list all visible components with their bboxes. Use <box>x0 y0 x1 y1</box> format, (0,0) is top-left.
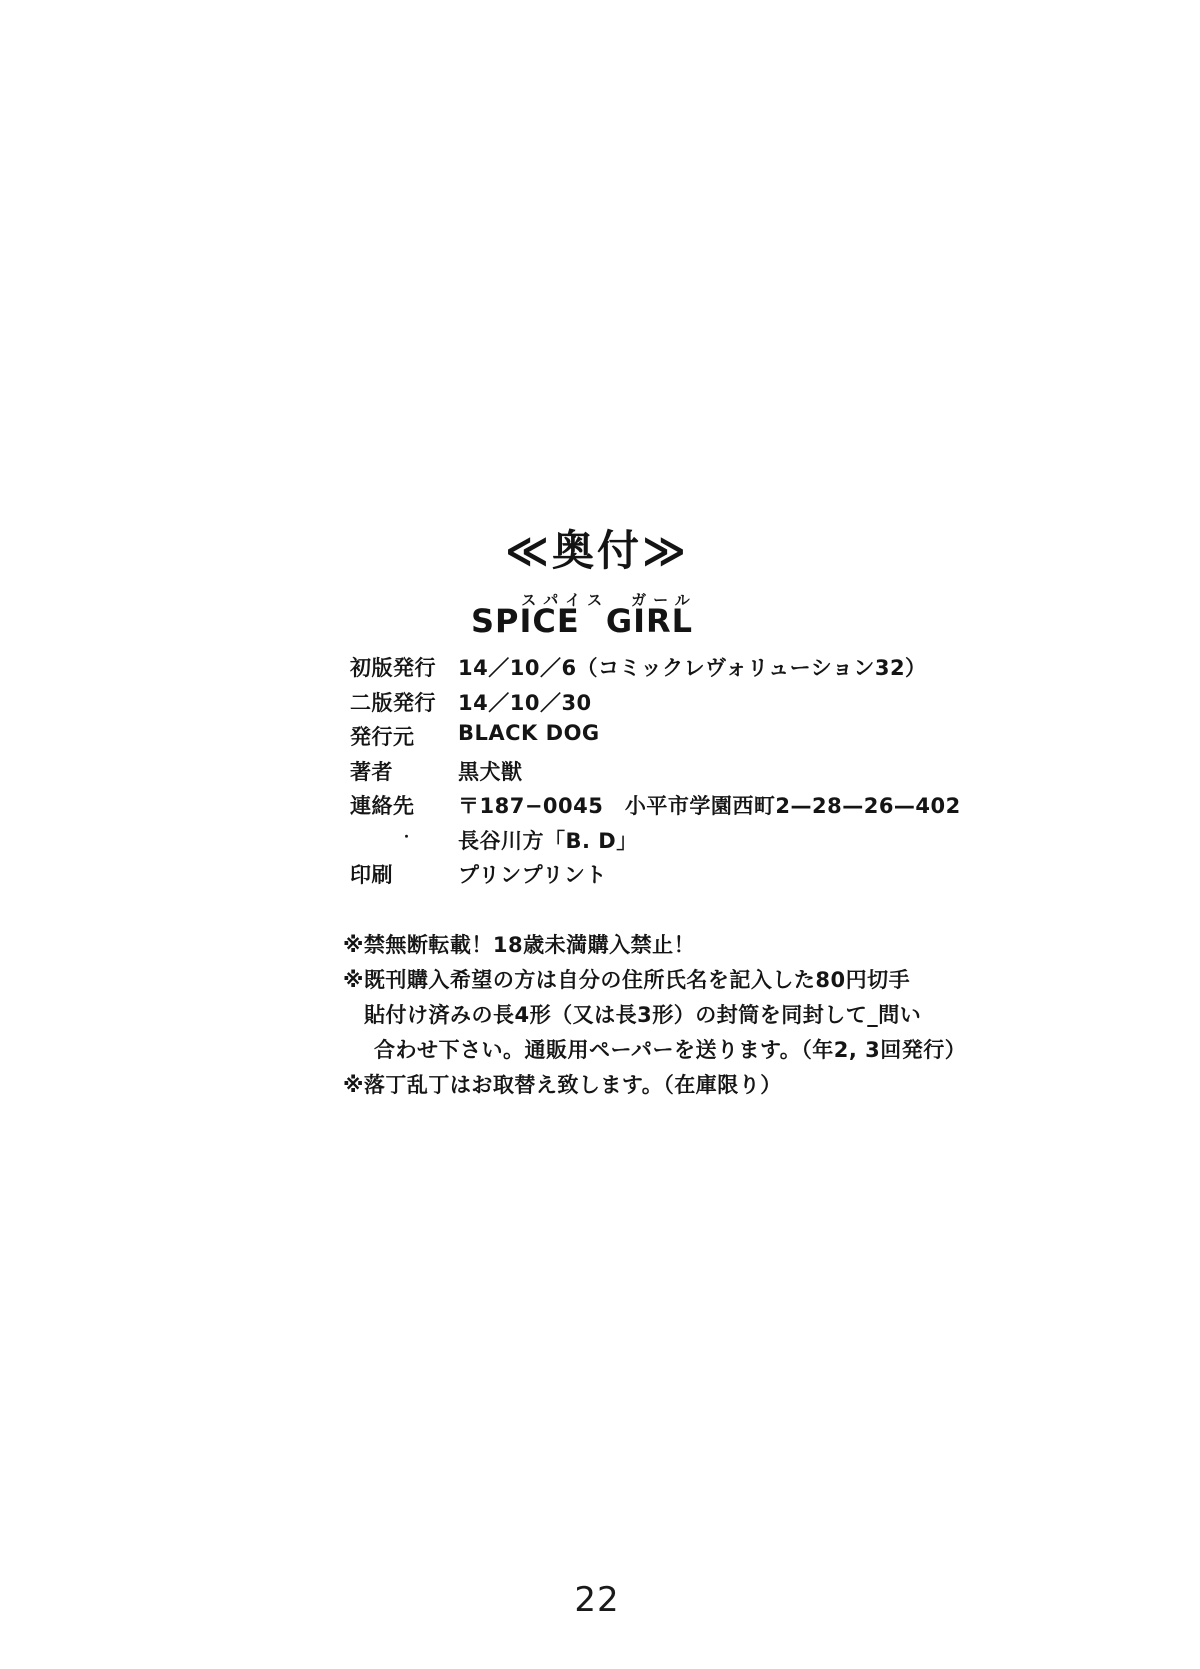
note-back-issues-line3: 合わせ下さい。通販用ペーパーを送ります。（年2, 3回発行） <box>374 1033 983 1068</box>
colophon-row-value: 〒187−0045 小平市学園西町2—28—26—402 <box>458 790 970 820</box>
colophon-page: ≪奥付≫ スパイス ガール SPICE GIRL 初版発行 14／10／6（コミ… <box>0 0 1200 1669</box>
page-number: 22 <box>0 1580 1194 1620</box>
colophon-row-label: 印刷 <box>350 859 458 889</box>
colophon-row-contact: 連絡先 〒187−0045 小平市学園西町2—28—26—402 <box>350 790 970 825</box>
colophon-row-label: 連絡先 <box>350 790 458 820</box>
colophon-row-value: 14／10／6（コミックレヴォリューション32） <box>458 652 970 682</box>
colophon-row-label: 著者 <box>350 756 458 786</box>
colophon-row-contact-line2: ・ 長谷川方「B. D」 <box>350 825 970 860</box>
colophon-row-second-printing: 二版発行 14／10／30 <box>350 687 970 722</box>
colophon-row-label: ・ <box>350 825 458 851</box>
notes: ※禁無断転載！18歳未満購入禁止！ ※既刊購入希望の方は自分の住所氏名を記入した… <box>343 928 983 1103</box>
colophon-row-label: 二版発行 <box>350 687 458 717</box>
colophon-row-value: BLACK DOG <box>458 721 970 745</box>
note-no-reproduction: ※禁無断転載！18歳未満購入禁止！ <box>343 928 983 963</box>
note-replacement: ※落丁乱丁はお取替え致します。（在庫限り） <box>343 1068 983 1103</box>
colophon-row-value: 長谷川方「B. D」 <box>458 825 970 855</box>
colophon-row-printer: 印刷 プリンプリント <box>350 859 970 894</box>
colophon-row-value: 黒犬獣 <box>458 756 970 786</box>
note-back-issues-line1: ※既刊購入希望の方は自分の住所氏名を記入した80円切手 <box>343 963 983 998</box>
colophon-row-label: 発行元 <box>350 721 458 751</box>
book-title: SPICE GIRL <box>0 602 1164 640</box>
colophon-row-value: プリンプリント <box>458 859 970 889</box>
section-title: ≪奥付≫ <box>0 518 1194 578</box>
colophon-row-author: 著者 黒犬獣 <box>350 756 970 791</box>
colophon-row-value: 14／10／30 <box>458 687 970 717</box>
colophon-row-label: 初版発行 <box>350 652 458 682</box>
colophon-row-first-printing: 初版発行 14／10／6（コミックレヴォリューション32） <box>350 652 970 687</box>
colophon-row-publisher: 発行元 BLACK DOG <box>350 721 970 756</box>
colophon-info: 初版発行 14／10／6（コミックレヴォリューション32） 二版発行 14／10… <box>350 652 970 894</box>
note-back-issues-line2: 貼付け済みの長4形（又は長3形）の封筒を同封して_問い <box>364 998 983 1033</box>
